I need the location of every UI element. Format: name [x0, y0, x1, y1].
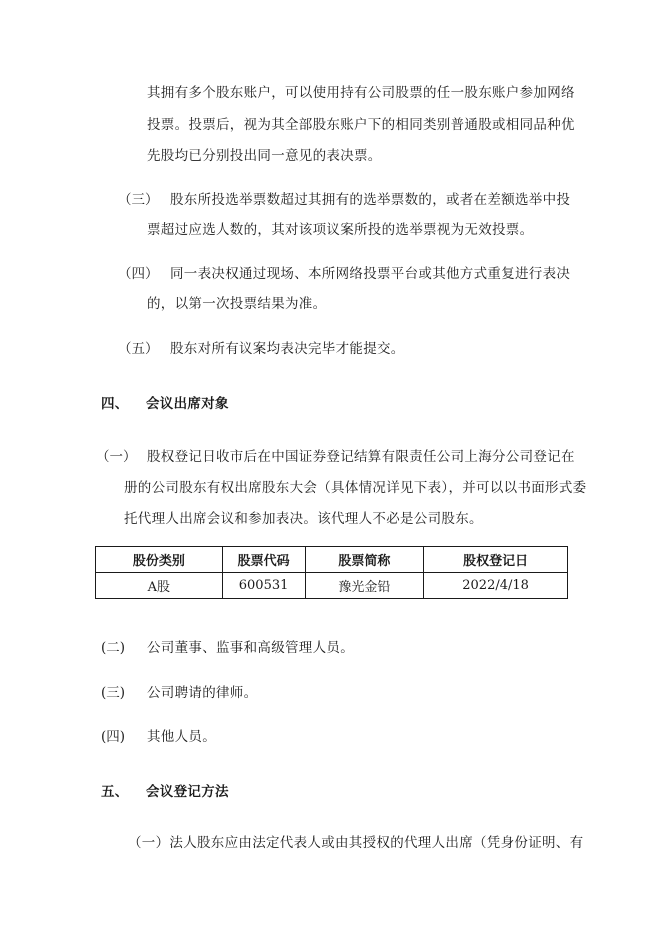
- paragraph-line: 投票。投票后，视为其全部股东账户下的相同类别普通股或相同品种优: [147, 117, 575, 133]
- cell-stock-name: 豫光金铅: [305, 573, 424, 599]
- paragraph-line: 其他人员。: [147, 729, 216, 745]
- paragraph-line: 票超过应选人数的，其对该项议案所投的选举票视为无效投票。: [147, 222, 533, 238]
- paragraph-line: 股东所投选举票数超过其拥有的选举票数的，或者在差额选举中投: [170, 192, 570, 208]
- paragraph-line: 同一表决权通过现场、本所网络投票平台或其他方式重复进行表决: [170, 266, 570, 282]
- list-marker: (二): [101, 640, 125, 656]
- list-marker: （一）: [96, 449, 137, 465]
- header-stock-code: 股票代码: [222, 547, 305, 573]
- paragraph-line: 股权登记日收市后在中国证券登记结算有限责任公司上海分公司登记在: [147, 449, 575, 465]
- paragraph-line: 公司聘请的律师。: [147, 685, 257, 701]
- paragraph-line: 其拥有多个股东账户，可以使用持有公司股票的任一股东账户参加网络: [147, 85, 575, 101]
- paragraph-line: 公司董事、监事和高级管理人员。: [147, 640, 354, 656]
- paragraph-line: 册的公司股东有权出席股东大会（具体情况详见下表），并可以以书面形式委: [124, 480, 586, 496]
- header-share-class: 股份类别: [96, 547, 223, 573]
- list-marker: (三): [101, 685, 125, 701]
- list-marker: （四）: [118, 266, 159, 282]
- list-marker: （五）: [118, 341, 159, 357]
- section-title: 会议出席对象: [146, 396, 229, 412]
- paragraph-line: （一）法人股东应由法定代表人或由其授权的代理人出席（凭身份证明、有: [128, 835, 583, 851]
- paragraph-line: 的，以第一次投票结果为准。: [147, 296, 326, 312]
- section-number: 五、: [101, 784, 129, 800]
- registration-table: 股份类别 股票代码 股票简称 股权登记日 A股 600531 豫光金铅 2022…: [95, 546, 568, 599]
- list-marker: （三）: [118, 192, 159, 208]
- paragraph-line: 托代理人出席会议和参加表决。该代理人不必是公司股东。: [124, 511, 483, 527]
- paragraph-line: 先股均已分别投出同一意见的表决票。: [147, 148, 382, 164]
- table-row: A股 600531 豫光金铅 2022/4/18: [96, 573, 568, 599]
- list-marker: (四): [101, 729, 125, 745]
- cell-share-class: A股: [96, 573, 223, 599]
- cell-record-date: 2022/4/18: [424, 573, 568, 599]
- section-number: 四、: [101, 396, 129, 412]
- header-record-date: 股权登记日: [424, 547, 568, 573]
- section-title: 会议登记方法: [146, 784, 229, 800]
- paragraph-line: 股东对所有议案均表决完毕才能提交。: [170, 341, 405, 357]
- cell-stock-code: 600531: [222, 573, 305, 599]
- table-header-row: 股份类别 股票代码 股票简称 股权登记日: [96, 547, 568, 573]
- header-stock-name: 股票简称: [305, 547, 424, 573]
